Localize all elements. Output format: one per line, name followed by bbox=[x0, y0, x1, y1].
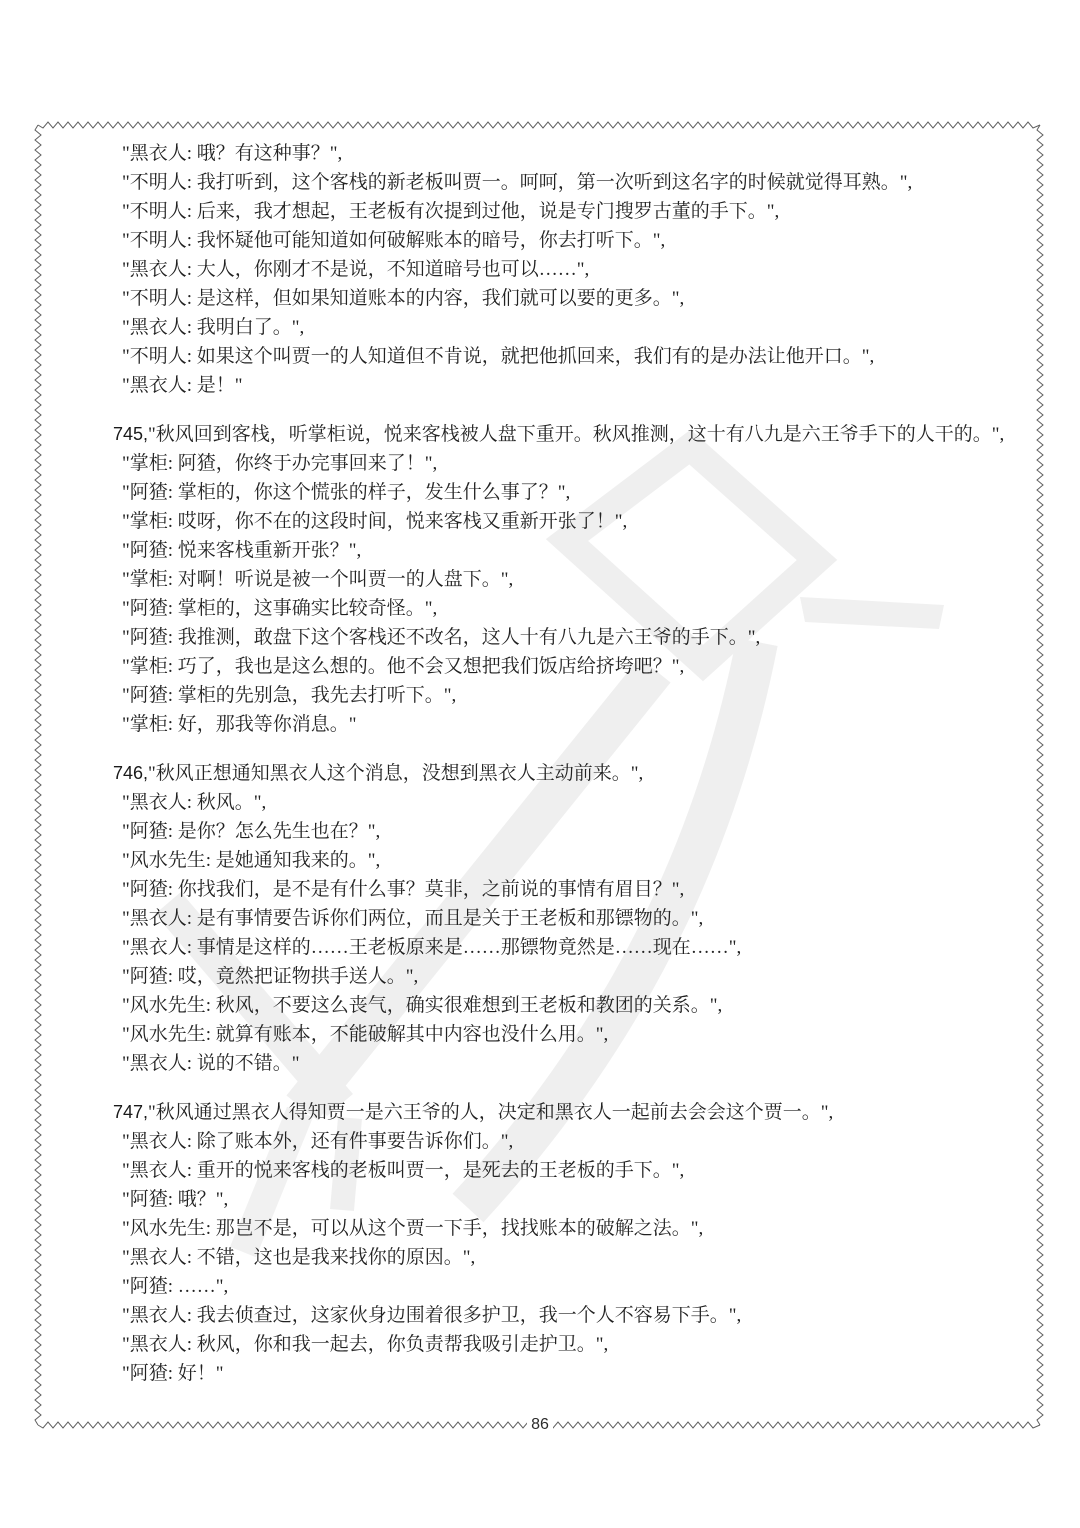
dialogue-line: "阿猹: ……", bbox=[113, 1272, 1033, 1301]
dialogue-line: "不明人: 如果这个叫贾一的人知道但不肯说，就把他抓回来，我们有的是办法让他开口… bbox=[113, 342, 1033, 371]
dialogue-line: "黑衣人: 秋风，你和我一起去，你负责帮我吸引走护卫。", bbox=[113, 1330, 1033, 1359]
dialogue-line: "掌柜: 巧了，我也是这么想的。他不会又想把我们饭店给挤垮吧？", bbox=[113, 652, 1033, 681]
block-number: 746, bbox=[113, 763, 148, 783]
dialogue-line: "阿猹: 你找我们，是不是有什么事？莫非，之前说的事情有眉目？", bbox=[113, 875, 1033, 904]
dialogue-block: "黑衣人: 哦？有这种事？","不明人: 我打听到，这个客栈的新老板叫贾一。呵呵… bbox=[113, 139, 1033, 400]
dialogue-line: "阿猹: 我推测，敢盘下这个客栈还不改名，这人十有八九是六王爷的手下。", bbox=[113, 623, 1033, 652]
dialogue-line: "不明人: 我怀疑他可能知道如何破解账本的暗号，你去打听下。", bbox=[113, 226, 1033, 255]
block-intro: "秋风正想通知黑衣人这个消息，没想到黑衣人主动前来。", bbox=[148, 763, 643, 784]
dialogue-line: "黑衣人: 重开的悦来客栈的老板叫贾一，是死去的王老板的手下。", bbox=[113, 1156, 1033, 1185]
dialogue-block: 745,"秋风回到客栈，听掌柜说，悦来客栈被人盘下重开。秋风推测，这十有八九是六… bbox=[113, 420, 1033, 739]
dialogue-line: "黑衣人: 大人，你刚才不是说，不知道暗号也可以……", bbox=[113, 255, 1033, 284]
dialogue-line: "不明人: 后来，我才想起，王老板有次提到过他，说是专门搜罗古董的手下。", bbox=[113, 197, 1033, 226]
block-intro-line: 745,"秋风回到客栈，听掌柜说，悦来客栈被人盘下重开。秋风推测，这十有八九是六… bbox=[113, 420, 1033, 449]
page-footer: 86 bbox=[0, 1415, 1080, 1435]
dialogue-line: "黑衣人: 说的不错。" bbox=[113, 1049, 1033, 1078]
zigzag-border-right bbox=[1037, 125, 1043, 1425]
dialogue-line: "阿猹: 掌柜的先别急，我先去打听下。", bbox=[113, 681, 1033, 710]
dialogue-line: "掌柜: 阿猹，你终于办完事回来了！", bbox=[113, 449, 1033, 478]
dialogue-line: "掌柜: 对啊！听说是被一个叫贾一的人盘下。", bbox=[113, 565, 1033, 594]
dialogue-line: "不明人: 我打听到，这个客栈的新老板叫贾一。呵呵，第一次听到这名字的时候就觉得… bbox=[113, 168, 1033, 197]
document-page: "黑衣人: 哦？有这种事？","不明人: 我打听到，这个客栈的新老板叫贾一。呵呵… bbox=[0, 0, 1080, 1528]
dialogue-line: "阿猹: 哦？", bbox=[113, 1185, 1033, 1214]
dialogue-line: "阿猹: 哎，竟然把证物拱手送人。", bbox=[113, 962, 1033, 991]
dialogue-line: "阿猹: 是你？怎么先生也在？", bbox=[113, 817, 1033, 846]
dialogue-line: "不明人: 是这样，但如果知道账本的内容，我们就可以要的更多。", bbox=[113, 284, 1033, 313]
page-number: 86 bbox=[527, 1415, 553, 1435]
dialogue-line: "黑衣人: 秋风。", bbox=[113, 788, 1033, 817]
zigzag-border-top bbox=[38, 122, 1040, 128]
dialogue-line: "风水先生: 秋风，不要这么丧气，确实很难想到王老板和教团的关系。", bbox=[113, 991, 1033, 1020]
dialogue-line: "阿猹: 掌柜的，你这个慌张的样子，发生什么事了？", bbox=[113, 478, 1033, 507]
block-intro-line: 747,"秋风通过黑衣人得知贾一是六王爷的人，决定和黑衣人一起前去会会这个贾一。… bbox=[113, 1098, 1033, 1127]
dialogue-line: "掌柜: 哎呀，你不在的这段时间，悦来客栈又重新开张了！", bbox=[113, 507, 1033, 536]
dialogue-block: 747,"秋风通过黑衣人得知贾一是六王爷的人，决定和黑衣人一起前去会会这个贾一。… bbox=[113, 1098, 1033, 1388]
dialogue-line: "黑衣人: 不错，这也是我来找你的原因。", bbox=[113, 1243, 1033, 1272]
script-content: "黑衣人: 哦？有这种事？","不明人: 我打听到，这个客栈的新老板叫贾一。呵呵… bbox=[113, 139, 1033, 1408]
dialogue-line: "风水先生: 是她通知我来的。", bbox=[113, 846, 1033, 875]
dialogue-line: "黑衣人: 除了账本外，还有件事要告诉你们。", bbox=[113, 1127, 1033, 1156]
block-intro-line: 746,"秋风正想通知黑衣人这个消息，没想到黑衣人主动前来。", bbox=[113, 759, 1033, 788]
dialogue-line: "黑衣人: 我去侦查过，这家伙身边围着很多护卫，我一个人不容易下手。", bbox=[113, 1301, 1033, 1330]
block-number: 745, bbox=[113, 424, 148, 444]
dialogue-line: "掌柜: 好，那我等你消息。" bbox=[113, 710, 1033, 739]
dialogue-line: "黑衣人: 我明白了。", bbox=[113, 313, 1033, 342]
dialogue-line: "黑衣人: 是！" bbox=[113, 371, 1033, 400]
dialogue-line: "阿猹: 好！" bbox=[113, 1359, 1033, 1388]
dialogue-line: "黑衣人: 事情是这样的……王老板原来是……那镖物竟然是……现在……", bbox=[113, 933, 1033, 962]
dialogue-line: "黑衣人: 哦？有这种事？", bbox=[113, 139, 1033, 168]
zigzag-border-left bbox=[35, 125, 41, 1425]
block-number: 747, bbox=[113, 1102, 148, 1122]
dialogue-line: "阿猹: 悦来客栈重新开张？", bbox=[113, 536, 1033, 565]
dialogue-line: "风水先生: 那岂不是，可以从这个贾一下手，找找账本的破解之法。", bbox=[113, 1214, 1033, 1243]
dialogue-line: "阿猹: 掌柜的，这事确实比较奇怪。", bbox=[113, 594, 1033, 623]
dialogue-line: "黑衣人: 是有事情要告诉你们两位，而且是关于王老板和那镖物的。", bbox=[113, 904, 1033, 933]
dialogue-line: "风水先生: 就算有账本，不能破解其中内容也没什么用。", bbox=[113, 1020, 1033, 1049]
block-intro: "秋风通过黑衣人得知贾一是六王爷的人，决定和黑衣人一起前去会会这个贾一。", bbox=[148, 1102, 833, 1123]
block-intro: "秋风回到客栈，听掌柜说，悦来客栈被人盘下重开。秋风推测，这十有八九是六王爷手下… bbox=[148, 424, 1004, 445]
dialogue-block: 746,"秋风正想通知黑衣人这个消息，没想到黑衣人主动前来。","黑衣人: 秋风… bbox=[113, 759, 1033, 1078]
